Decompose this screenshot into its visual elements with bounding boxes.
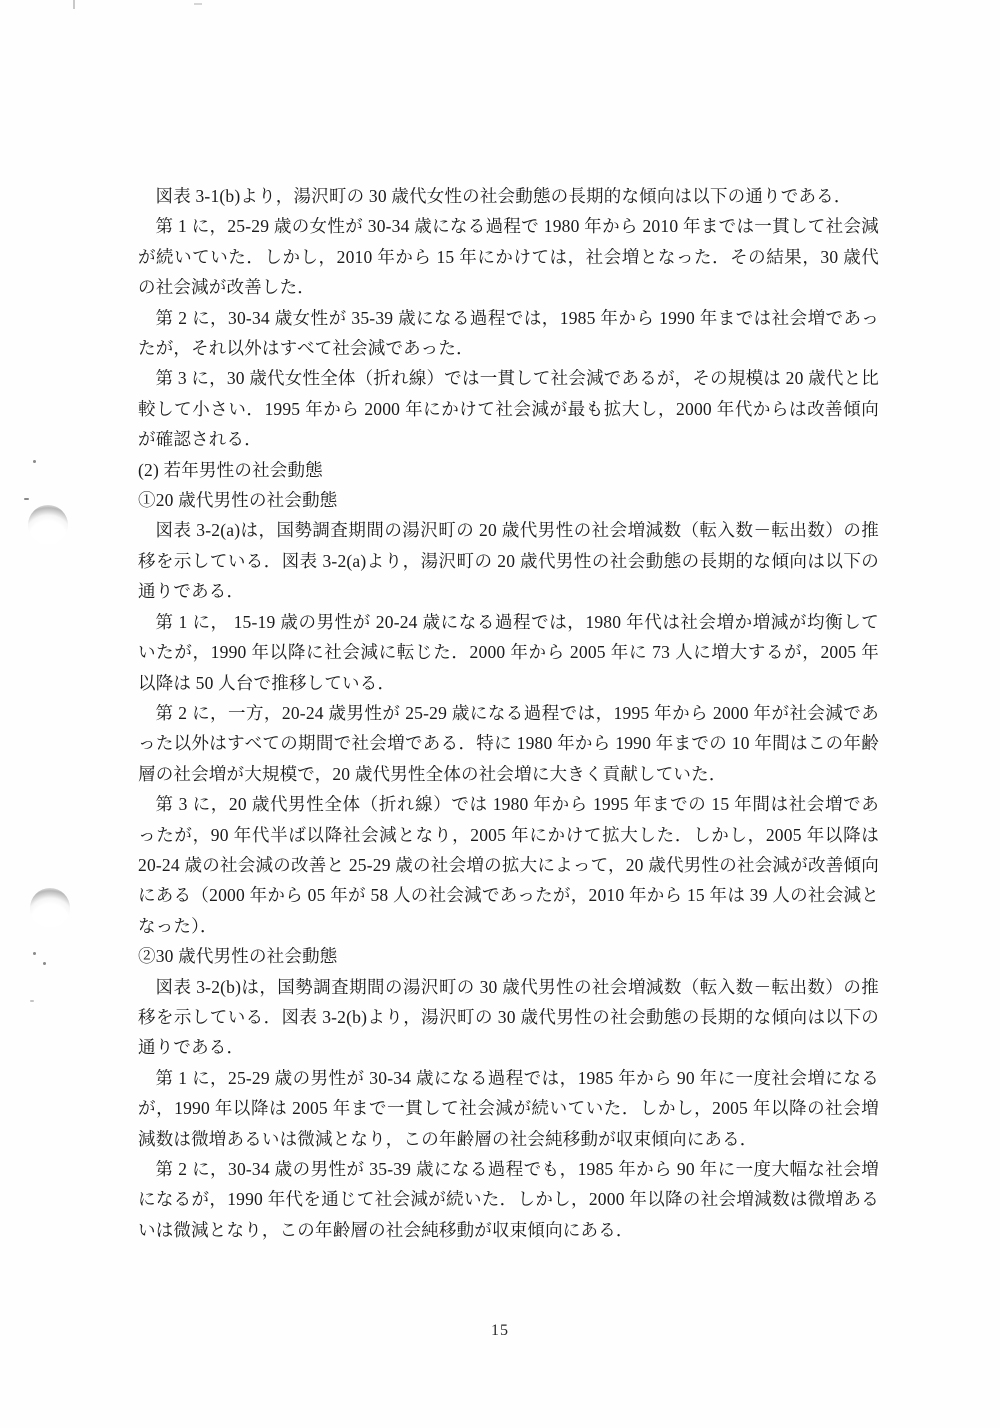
subsection-heading-men20s: ①20 歳代男性の社会動態	[138, 485, 879, 515]
paragraph-fig3-1b-intro: 図表 3-1(b)より，湯沢町の 30 歳代女性の社会動態の長期的な傾向は以下の…	[138, 181, 879, 211]
paragraph-men20s-point3: 第 3 に，20 歳代男性全体（折れ線）では 1980 年から 1995 年まで…	[138, 789, 879, 941]
paragraph-men20s-point2: 第 2 に，一方，20-24 歳男性が 25-29 歳になる過程では，1995 …	[138, 698, 879, 789]
section-heading-young-men: (2) 若年男性の社会動態	[138, 455, 879, 485]
scan-edge-mark	[73, 0, 75, 9]
scan-speckle	[33, 952, 36, 955]
paragraph-men20s-point1: 第 1 に， 15-19 歳の男性が 20-24 歳になる過程では，1980 年…	[138, 607, 879, 698]
paragraph-men30s-point1: 第 1 に，25-29 歳の男性が 30-34 歳になる過程では，1985 年か…	[138, 1063, 879, 1154]
punch-hole-artifact	[30, 888, 70, 928]
subsection-heading-men30s: ②30 歳代男性の社会動態	[138, 941, 879, 971]
paragraph-fig3-2a-intro: 図表 3-2(a)は，国勢調査期間の湯沢町の 20 歳代男性の社会増減数（転入数…	[138, 515, 879, 606]
scan-speckle	[33, 460, 36, 463]
document-body: 図表 3-1(b)より，湯沢町の 30 歳代女性の社会動態の長期的な傾向は以下の…	[138, 181, 879, 1245]
scan-speckle	[24, 498, 29, 500]
paragraph-women30s-point3: 第 3 に，30 歳代女性全体（折れ線）では一貫して社会減であるが，その規模は …	[138, 363, 879, 454]
paragraph-fig3-2b-intro: 図表 3-2(b)は，国勢調査期間の湯沢町の 30 歳代男性の社会増減数（転入数…	[138, 972, 879, 1063]
paragraph-men30s-point2: 第 2 に，30-34 歳の男性が 35-39 歳になる過程でも，1985 年か…	[138, 1154, 879, 1245]
scan-edge-mark	[194, 3, 202, 5]
scan-speckle	[43, 962, 46, 965]
paragraph-women30s-point2: 第 2 に，30-34 歳女性が 35-39 歳になる過程では，1985 年から…	[138, 303, 879, 364]
scanned-document-page: 図表 3-1(b)より，湯沢町の 30 歳代女性の社会動態の長期的な傾向は以下の…	[0, 0, 1000, 1428]
punch-hole-artifact	[28, 505, 68, 545]
page-number: 15	[0, 1322, 1000, 1340]
paragraph-women30s-point1: 第 1 に，25-29 歳の女性が 30-34 歳になる過程で 1980 年から…	[138, 211, 879, 302]
scan-speckle	[30, 1000, 34, 1002]
